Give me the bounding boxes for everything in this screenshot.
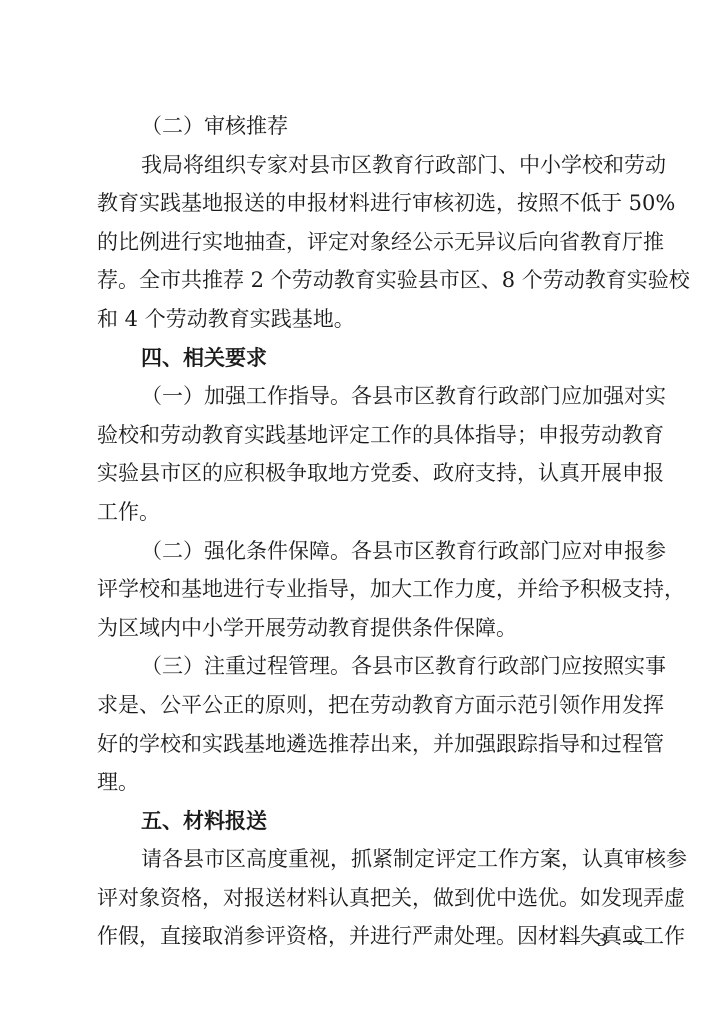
- page-number: — 3 —: [560, 929, 650, 952]
- paragraph-line: 实验县市区的应积极争取地方党委、政府支持，认真开展申报: [97, 454, 619, 493]
- paragraph-line: （三）注重过程管理。各县市区教育行政部门应按照实事: [97, 647, 619, 686]
- subheading-review-recommend: （二）审核推荐: [97, 107, 619, 146]
- paragraph-line: 作假，直接取消参评资格，并进行严肃处理。因材料失真或工作: [97, 917, 619, 956]
- paragraph-line: 请各县市区高度重视，抓紧制定评定工作方案，认真审核参: [97, 840, 619, 879]
- paragraph-line: 好的学校和实践基地遴选推荐出来，并加强跟踪指导和过程管: [97, 725, 619, 764]
- paragraph-line: 和 4 个劳动教育实践基地。: [97, 300, 619, 339]
- paragraph-line: 验校和劳动教育实践基地评定工作的具体指导；申报劳动教育: [97, 416, 619, 455]
- paragraph-line: 评学校和基地进行专业指导，加大工作力度，并给予积极支持，: [97, 570, 619, 609]
- paragraph-line: 我局将组织专家对县市区教育行政部门、中小学校和劳动: [97, 146, 619, 185]
- paragraph-line: 求是、公平公正的原则，把在劳动教育方面示范引领作用发挥: [97, 686, 619, 725]
- paragraph-line: （二）强化条件保障。各县市区教育行政部门应对申报参: [97, 532, 619, 571]
- section-heading-requirements: 四、相关要求: [97, 339, 619, 378]
- paragraph-line: 教育实践基地报送的申报材料进行审核初选，按照不低于 50%: [97, 184, 619, 223]
- section-heading-materials: 五、材料报送: [97, 802, 619, 841]
- paragraph-line: 理。: [97, 763, 619, 802]
- paragraph-line: 荐。全市共推荐 2 个劳动教育实验县市区、8 个劳动教育实验校: [97, 261, 619, 300]
- paragraph-line: （一）加强工作指导。各县市区教育行政部门应加强对实: [97, 377, 619, 416]
- paragraph-line: 评对象资格，对报送材料认真把关，做到优中选优。如发现弄虚: [97, 879, 619, 918]
- paragraph-line: 为区域内中小学开展劳动教育提供条件保障。: [97, 609, 619, 648]
- paragraph-line: 的比例进行实地抽查，评定对象经公示无异议后向省教育厅推: [97, 223, 619, 262]
- paragraph-line: 工作。: [97, 493, 619, 532]
- document-page: （二）审核推荐 我局将组织专家对县市区教育行政部门、中小学校和劳动 教育实践基地…: [0, 0, 714, 1010]
- document-body: （二）审核推荐 我局将组织专家对县市区教育行政部门、中小学校和劳动 教育实践基地…: [97, 107, 619, 956]
